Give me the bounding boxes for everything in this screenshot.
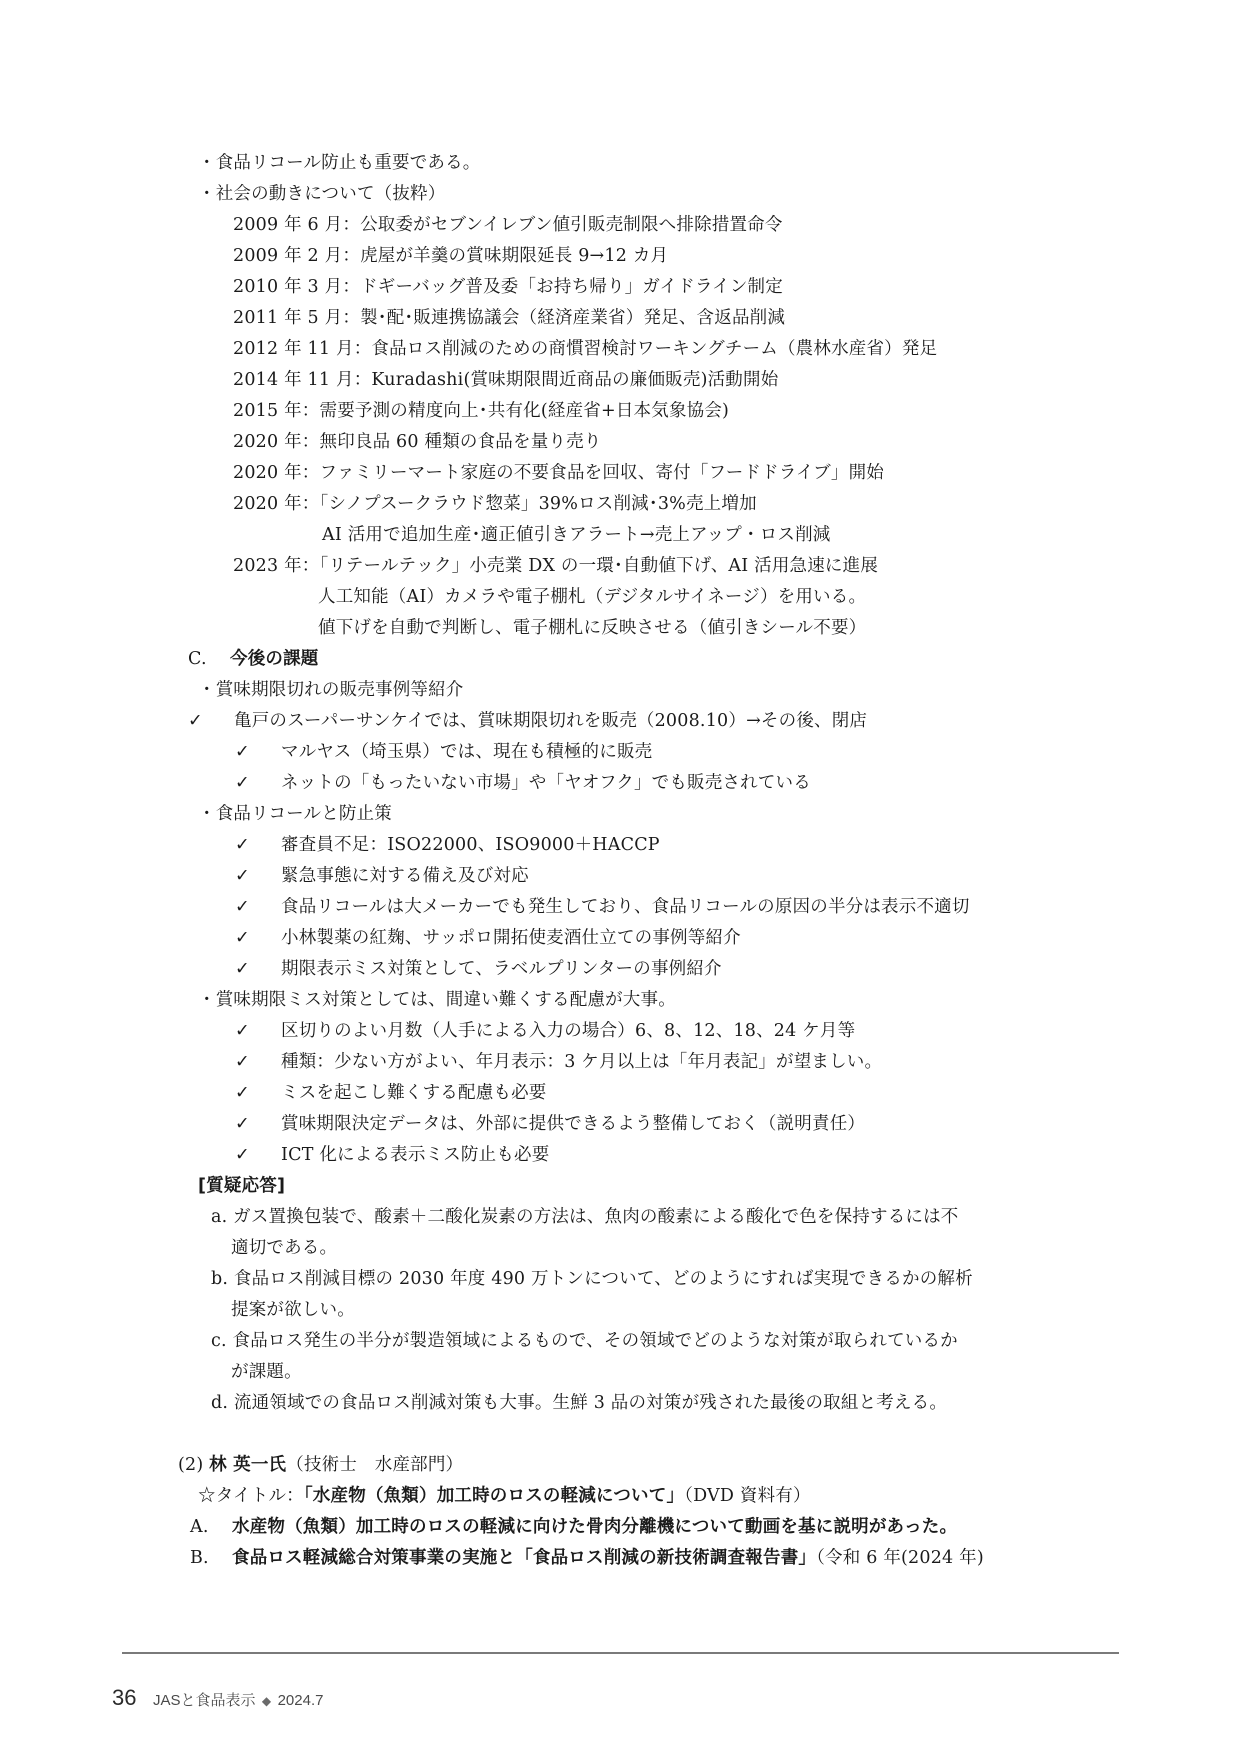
timeline-date: 2023 年： [233, 556, 320, 576]
check-icon: ✓ [235, 861, 281, 892]
check-icon: ✓ [235, 1140, 281, 1171]
check-item: ✓緊急事態に対する備え及び対応 [235, 861, 529, 892]
item-letter: A. [190, 1512, 232, 1543]
speaker-number: (2) [178, 1455, 203, 1475]
timeline-continuation: 人工知能（AI）カメラや電子棚札（デジタルサイネージ）を用いる。 [318, 582, 866, 613]
timeline-text: 需要予測の精度向上･共有化(経産省+日本気象協会) [320, 401, 730, 421]
section-c-heading: C.今後の課題 [188, 644, 319, 675]
check-icon: ✓ [235, 1078, 281, 1109]
check-item: ✓ICT 化による表示ミス防止も必要 [235, 1140, 549, 1171]
qa-item-c: c. 食品ロス発生の半分が製造領域によるもので、その領域でどのような対策が取られ… [211, 1326, 958, 1357]
issue-date: 2024.7 [278, 1692, 324, 1709]
qa-item-c-continuation: が課題。 [231, 1357, 302, 1388]
timeline-text: 食品ロス削減のための商慣習検討ワーキングチーム（農林水産省）発足 [371, 339, 937, 359]
qa-item-a: a. ガス置換包装で、酸素＋二酸化炭素の方法は、魚肉の酸素による酸化で色を保持す… [211, 1202, 959, 1233]
timeline-text: 公取委がセブンイレブン値引販売制限へ排除措置命令 [360, 215, 783, 235]
section-letter: C. [188, 644, 230, 675]
timeline-text: 「リテールテック」小売業 DX の一環･自動値下げ、AI 活用急速に進展 [320, 556, 879, 576]
bullet-recall-prevention: ・食品リコール防止も重要である。 [198, 148, 481, 179]
check-item: ✓ネットの「もったいない市場」や「ヤオフク」でも販売されている [235, 768, 811, 799]
document-page: ・食品リコール防止も重要である。 ・社会の動きについて（抜粋） 2009 年 6… [0, 0, 1241, 1754]
qa-heading: [質疑応答] [198, 1171, 285, 1202]
timeline-text: ファミリーマート家庭の不要食品を回収、寄付「フードドライブ」開始 [320, 463, 884, 483]
check-item-text: 緊急事態に対する備え及び対応 [281, 866, 529, 886]
timeline-date: 2020 年： [233, 463, 320, 483]
timeline-entry: 2014 年 11 月：Kuradashi(賞味期限間近商品の廉価販売)活動開始 [233, 365, 778, 396]
speaker-name: 林 英一氏 [209, 1455, 286, 1475]
check-item: ✓食品リコールは大メーカーでも発生しており、食品リコールの原因の半分は表示不適切 [235, 892, 970, 923]
check-item-text: ネットの「もったいない市場」や「ヤオフク」でも販売されている [281, 773, 811, 793]
check-icon: ✓ [235, 1109, 281, 1140]
timeline-entry: 2020 年：ファミリーマート家庭の不要食品を回収、寄付「フードドライブ」開始 [233, 458, 884, 489]
speaker-affiliation: （技術士 水産部門） [286, 1455, 463, 1475]
timeline-date: 2012 年 11 月： [233, 339, 371, 359]
check-item: ✓審査員不足：ISO22000、ISO9000＋HACCP [235, 830, 660, 861]
check-item-text: マルヤス（埼玉県）では、現在も積極的に販売 [281, 742, 652, 762]
speaker2-heading: (2) 林 英一氏（技術士 水産部門） [178, 1450, 463, 1481]
timeline-continuation: 値下げを自動で判断し、電子棚札に反映させる（値引きシール不要） [318, 613, 866, 644]
check-item: ✓種類：少ない方がよい、年月表示：3 ケ月以上は「年月表記」が望ましい。 [235, 1047, 882, 1078]
section-title: 今後の課題 [230, 649, 319, 669]
check-icon: ✓ [235, 737, 281, 768]
timeline-entry: 2020 年：「シノプスークラウド惣菜」39%ロス削減･3%売上増加 [233, 489, 757, 520]
timeline-entry: 2020 年：無印良品 60 種類の食品を量り売り [233, 427, 602, 458]
check-item: ✓亀戸のスーパーサンケイでは、賞味期限切れを販売（2008.10）→その後、閉店 [188, 706, 867, 737]
check-item-text: ICT 化による表示ミス防止も必要 [281, 1145, 549, 1165]
timeline-text: ドギーバッグ普及委「お持ち帰り」ガイドライン制定 [360, 277, 783, 297]
timeline-text: 人工知能（AI）カメラや電子棚札（デジタルサイネージ）を用いる。 [318, 587, 866, 607]
check-icon: ✓ [235, 768, 281, 799]
speaker2-item-a: A.水産物（魚類）加工時のロスの軽減に向けた骨肉分離機について動画を基に説明があ… [190, 1512, 957, 1543]
check-item-text: 食品リコールは大メーカーでも発生しており、食品リコールの原因の半分は表示不適切 [281, 897, 970, 917]
qa-item-a-continuation: 適切である。 [231, 1233, 337, 1264]
speaker2-title-line: ☆タイトル：「水産物（魚類）加工時のロスの軽減について」（DVD 資料有） [198, 1481, 811, 1512]
qa-item-d: d. 流通領域での食品ロス削減対策も大事。生鮮 3 品の対策が残された最後の取組… [211, 1388, 947, 1419]
qa-item-b-continuation: 提案が欲しい。 [231, 1295, 355, 1326]
check-item-text: ミスを起こし難くする配慮も必要 [281, 1083, 547, 1103]
check-item-text: 種類：少ない方がよい、年月表示：3 ケ月以上は「年月表記」が望ましい。 [281, 1052, 882, 1072]
timeline-entry: 2010 年 3 月：ドギーバッグ普及委「お持ち帰り」ガイドライン制定 [233, 272, 783, 303]
item-text-tail: （令和 6 年(2024 年) [816, 1548, 984, 1568]
timeline-text: 製･配･販連携協議会（経済産業省）発足、含返品削減 [360, 308, 785, 328]
page-footer: 36 JASと食品表示 ◆ 2024.7 [112, 1680, 323, 1716]
item-text: 水産物（魚類）加工時のロスの軽減に向けた骨肉分離機について動画を基に説明があった… [232, 1517, 957, 1537]
timeline-date: 2020 年： [233, 432, 320, 452]
check-item-text: 審査員不足：ISO22000、ISO9000＋HACCP [281, 835, 660, 855]
timeline-date: 2020 年： [233, 494, 320, 514]
timeline-entry: 2011 年 5 月：製･配･販連携協議会（経済産業省）発足、含返品削減 [233, 303, 785, 334]
check-item: ✓区切りのよい月数（人手による入力の場合）6、8、12、18、24 ケ月等 [235, 1016, 855, 1047]
timeline-date: 2014 年 11 月： [233, 370, 371, 390]
timeline-date: 2009 年 2 月： [233, 246, 360, 266]
footer-rule [122, 1652, 1119, 1654]
title-suffix: （DVD 資料有） [684, 1486, 811, 1506]
timeline-date: 2009 年 6 月： [233, 215, 360, 235]
page-number: 36 [112, 1685, 136, 1710]
timeline-entry: 2009 年 2 月：虎屋が羊羹の賞味期限延長 9→12 カ月 [233, 241, 668, 272]
title-prefix: ☆タイトル： [198, 1486, 304, 1506]
timeline-continuation: AI 活用で追加生産･適正値引きアラート→売上アップ・ロス削減 [322, 520, 831, 551]
timeline-text: 値下げを自動で判断し、電子棚札に反映させる（値引きシール不要） [318, 618, 866, 638]
group-heading-labeling-errors: ・賞味期限ミス対策としては、間違い難くする配慮が大事。 [198, 985, 676, 1016]
check-item: ✓小林製薬の紅麹、サッポロ開拓使麦酒仕立ての事例等紹介 [235, 923, 741, 954]
check-item-text: 亀戸のスーパーサンケイでは、賞味期限切れを販売（2008.10）→その後、閉店 [234, 711, 867, 731]
item-text: 食品ロス軽減総合対策事業の実施と「食品ロス削減の新技術調査報告書」 [232, 1548, 816, 1568]
check-icon: ✓ [235, 954, 281, 985]
check-item: ✓ミスを起こし難くする配慮も必要 [235, 1078, 547, 1109]
qa-item-b: b. 食品ロス削減目標の 2030 年度 490 万トンについて、どのようにすれ… [211, 1264, 973, 1295]
timeline-text: Kuradashi(賞味期限間近商品の廉価販売)活動開始 [371, 370, 778, 390]
check-icon: ✓ [235, 1016, 281, 1047]
check-item: ✓期限表示ミス対策として、ラベルプリンターの事例紹介 [235, 954, 722, 985]
group-heading-recall: ・食品リコールと防止策 [198, 799, 392, 830]
check-icon: ✓ [235, 892, 281, 923]
check-item: ✓マルヤス（埼玉県）では、現在も積極的に販売 [235, 737, 652, 768]
timeline-date: 2015 年： [233, 401, 320, 421]
timeline-date: 2011 年 5 月： [233, 308, 360, 328]
check-item-text: 期限表示ミス対策として、ラベルプリンターの事例紹介 [281, 959, 722, 979]
check-icon: ✓ [235, 1047, 281, 1078]
check-item-text: 区切りのよい月数（人手による入力の場合）6、8、12、18、24 ケ月等 [281, 1021, 855, 1041]
bullet-social-trends: ・社会の動きについて（抜粋） [198, 179, 445, 210]
timeline-entry: 2012 年 11 月：食品ロス削減のための商慣習検討ワーキングチーム（農林水産… [233, 334, 937, 365]
timeline-text: 「シノプスークラウド惣菜」39%ロス削減･3%売上増加 [320, 494, 757, 514]
timeline-text: 虎屋が羊羹の賞味期限延長 9→12 カ月 [360, 246, 668, 266]
timeline-text: 無印良品 60 種類の食品を量り売り [320, 432, 602, 452]
check-item-text: 賞味期限決定データは、外部に提供できるよう整備しておく（説明責任） [281, 1114, 865, 1134]
check-icon: ✓ [188, 706, 234, 737]
speaker2-item-b: B.食品ロス軽減総合対策事業の実施と「食品ロス削減の新技術調査報告書」（令和 6… [190, 1543, 984, 1574]
diamond-icon: ◆ [262, 1694, 271, 1708]
timeline-entry: 2015 年：需要予測の精度向上･共有化(経産省+日本気象協会) [233, 396, 729, 427]
check-icon: ✓ [235, 830, 281, 861]
check-item-text: 小林製薬の紅麹、サッポロ開拓使麦酒仕立ての事例等紹介 [281, 928, 741, 948]
item-letter: B. [190, 1543, 232, 1574]
timeline-entry: 2023 年：「リテールテック」小売業 DX の一環･自動値下げ、AI 活用急速… [233, 551, 878, 582]
talk-title: 「水産物（魚類）加工時のロスの軽減について」 [304, 1486, 684, 1506]
group-heading-expired-sales: ・賞味期限切れの販売事例等紹介 [198, 675, 464, 706]
timeline-date: 2010 年 3 月： [233, 277, 360, 297]
timeline-entry: 2009 年 6 月：公取委がセブンイレブン値引販売制限へ排除措置命令 [233, 210, 783, 241]
check-icon: ✓ [235, 923, 281, 954]
check-item: ✓賞味期限決定データは、外部に提供できるよう整備しておく（説明責任） [235, 1109, 865, 1140]
publication-name: JASと食品表示 [153, 1692, 256, 1709]
timeline-text: AI 活用で追加生産･適正値引きアラート→売上アップ・ロス削減 [322, 525, 831, 545]
